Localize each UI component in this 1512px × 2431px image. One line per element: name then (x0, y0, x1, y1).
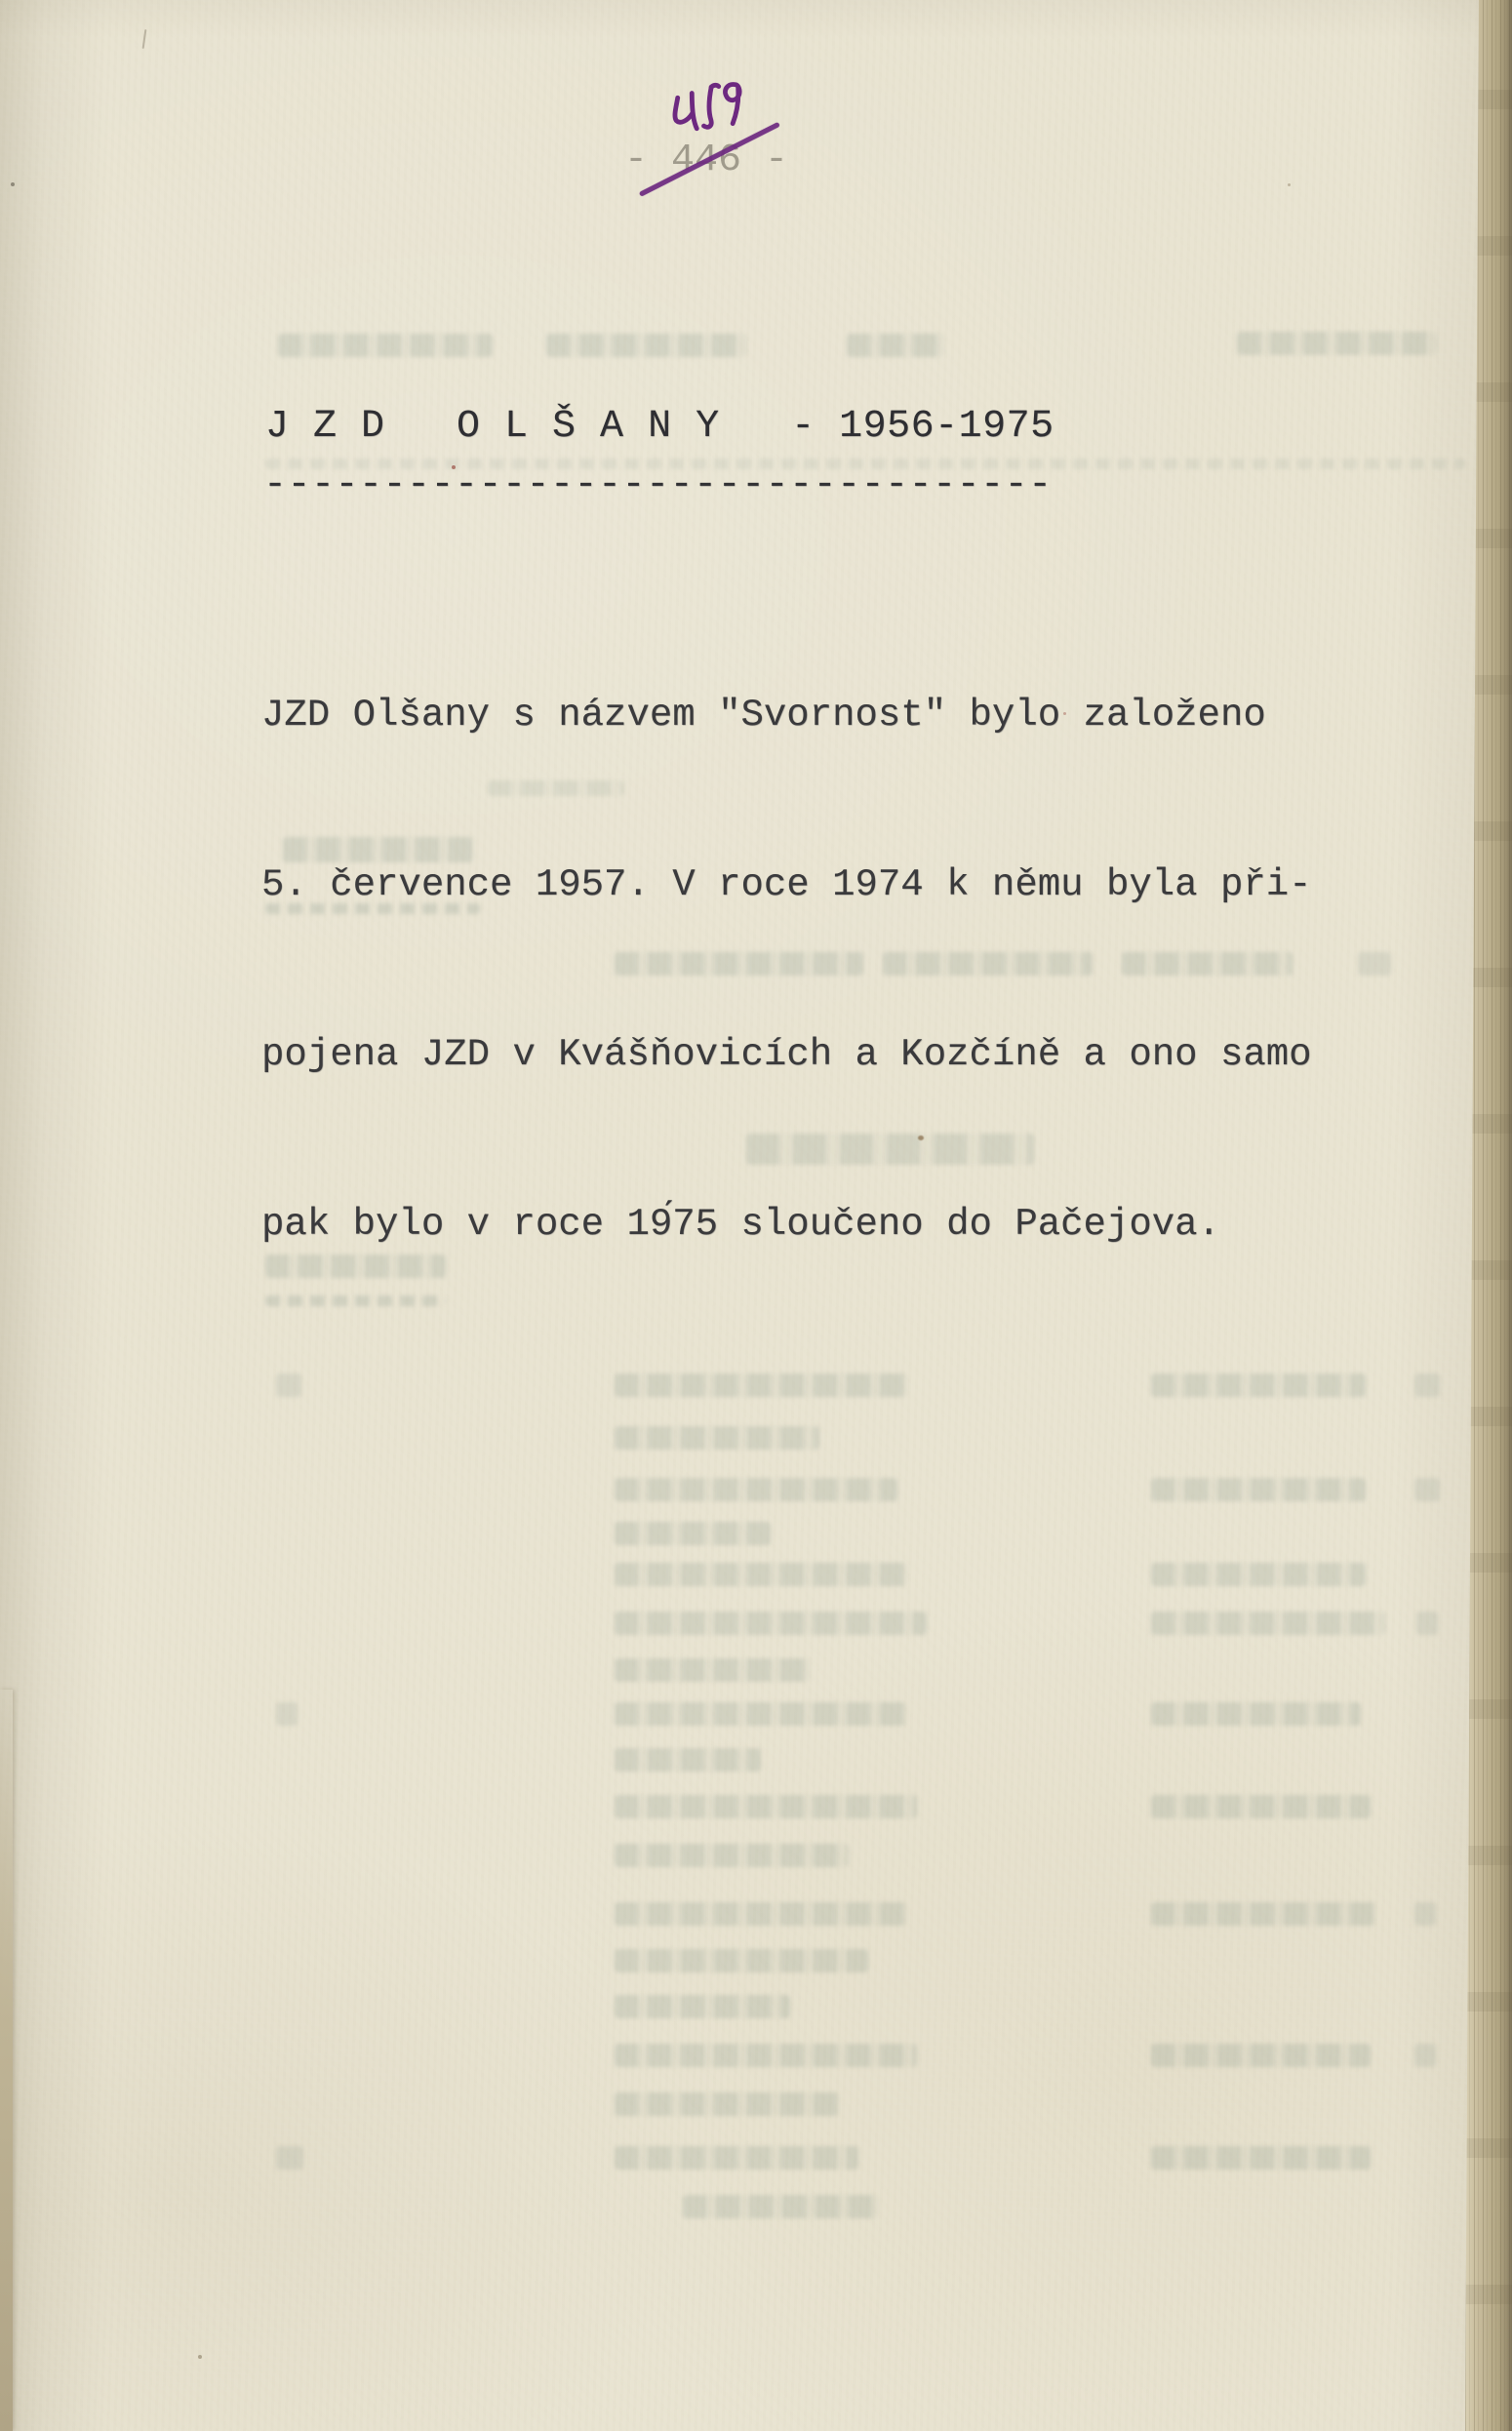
bleedthrough-smudge (615, 1844, 849, 1867)
paragraph-line-2: 5. července 1957. V roce 1974 k němu byl… (261, 857, 1312, 913)
bleedthrough-smudge (615, 2092, 839, 2116)
book-page-edge-left (0, 1690, 13, 2431)
paper-speck (11, 182, 15, 186)
bleedthrough-smudge (1414, 1478, 1440, 1501)
bleedthrough-smudge (1151, 2146, 1371, 2170)
bleedthrough-smudge (546, 334, 746, 357)
bleedthrough-smudge (615, 2146, 858, 2170)
paragraph-line-4: pak bylo v roce 19́75 sloučeno do Pačejo… (261, 1196, 1312, 1253)
bleedthrough-smudge (1151, 1902, 1375, 1926)
title-underline: --------------------------------- (263, 464, 1053, 507)
paragraph-line-3: pojena JZD v Kvášňovicích a Kozčíně a on… (261, 1026, 1312, 1083)
document-title: J Z D O L Š A N Y - 1956-1975 (265, 406, 1054, 449)
bleedthrough-smudge (1151, 1795, 1371, 1818)
bleedthrough-smudge (615, 1612, 927, 1635)
bleedthrough-smudge (615, 1522, 771, 1545)
bleedthrough-smudge (615, 1949, 868, 1973)
bleedthrough-smudge (615, 1426, 819, 1450)
bleedthrough-smudge (1151, 1702, 1361, 1726)
bleedthrough-smudge (615, 1374, 907, 1397)
bleedthrough-smudge (276, 1702, 298, 1726)
paper-speck (142, 29, 147, 49)
body-paragraph: JZD Olšany s názvem "Svornost" bylo zalo… (261, 574, 1312, 1366)
bleedthrough-smudge (615, 1702, 907, 1726)
bleedthrough-smudge (1151, 1478, 1366, 1501)
bleedthrough-smudge (1151, 1612, 1385, 1635)
bleedthrough-smudge (1358, 952, 1391, 976)
paragraph-line-1: JZD Olšany s názvem "Svornost" bylo zalo… (261, 687, 1312, 743)
bleedthrough-smudge (615, 2044, 917, 2067)
bleedthrough-smudge (1151, 2044, 1371, 2067)
bleedthrough-smudge (615, 1658, 810, 1682)
book-page-edge-right (1465, 0, 1512, 2431)
bleedthrough-smudge (276, 1374, 301, 1397)
bleedthrough-smudge (1151, 1563, 1366, 1586)
paper-speck (918, 1136, 924, 1140)
bleedthrough-smudge (615, 1902, 907, 1926)
bleedthrough-smudge (615, 1795, 917, 1818)
paper-speck (1063, 712, 1066, 715)
bleedthrough-smudge (847, 334, 944, 357)
bleedthrough-smudge (278, 334, 493, 357)
bleedthrough-smudge (1414, 1902, 1436, 1926)
bleedthrough-smudge (615, 1995, 790, 2018)
scanned-document-page: - 446 - 459 J Z D O L Š A N Y - 1956-197… (0, 0, 1512, 2431)
bleedthrough-smudge (276, 2146, 303, 2170)
bleedthrough-smudge (1414, 1374, 1440, 1397)
bleedthrough-smudge (1414, 2044, 1436, 2067)
bleedthrough-smudge (615, 1748, 761, 1772)
bleedthrough-smudge (1151, 1374, 1366, 1397)
paper-speck (1288, 183, 1291, 186)
bleedthrough-smudge (683, 2195, 878, 2218)
bleedthrough-smudge (1237, 332, 1437, 355)
bleedthrough-smudge (615, 1563, 907, 1586)
paper-speck (198, 2355, 202, 2359)
paper-speck (452, 465, 456, 469)
bleedthrough-smudge (1416, 1612, 1438, 1635)
bleedthrough-smudge (615, 1478, 897, 1501)
